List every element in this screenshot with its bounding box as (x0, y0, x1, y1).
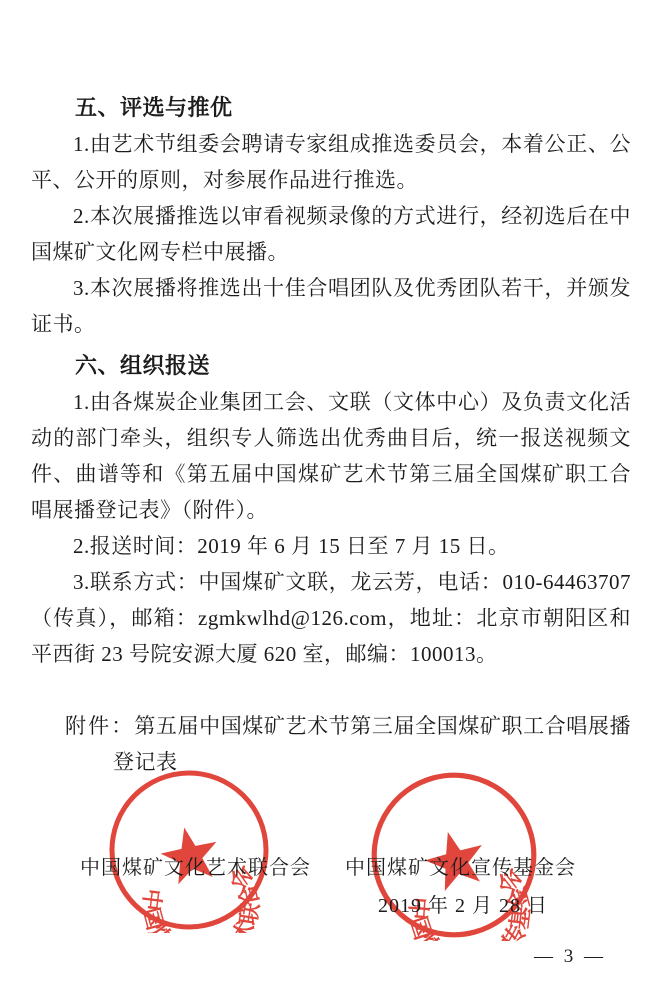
attachment-title: 第五届中国煤矿艺术节第三届全国煤矿职工合唱展播登记表 (113, 714, 631, 774)
org-name-right: 中国煤矿文化宣传基金会 (345, 856, 576, 880)
signature-date: 2019 年 2 月 28 日 (378, 894, 548, 918)
paragraph: 1.由各煤炭企业集团工会、文联（文体中心）及负责文化活动的部门牵头，组织专人筛选… (31, 384, 631, 528)
attachment-label: 附件： (65, 714, 134, 738)
page-number: — 3 — (534, 946, 606, 968)
document-body: 五、评选与推优 1.由艺术节组委会聘请专家组成推选委员会，本着公正、公平、公开的… (31, 84, 631, 780)
org-name-left: 中国煤矿文化艺术联合会 (80, 856, 311, 880)
section-heading-5: 五、评选与推优 (31, 90, 631, 126)
paragraph: 1.由艺术节组委会聘请专家组成推选委员会，本着公正、公平、公开的原则，对参展作品… (31, 126, 631, 198)
red-seal-left-icon: 中国煤矿文化艺术联合会 (106, 767, 272, 933)
paragraph: 2.报送时间：2019 年 6 月 15 日至 7 月 15 日。 (31, 528, 631, 564)
section-heading-6: 六、组织报送 (31, 348, 631, 384)
paragraph: 3.联系方式：中国煤矿文联，龙云芳，电话：010-64463707（传真），邮箱… (31, 564, 631, 672)
document-page: 五、评选与推优 1.由艺术节组委会聘请专家组成推选委员会，本着公正、公平、公开的… (0, 0, 650, 994)
paragraph: 3.本次展播将推选出十佳合唱团队及优秀团队若干，并颁发证书。 (31, 270, 631, 342)
paragraph: 2.本次展播推选以审看视频录像的方式进行，经初选后在中国煤矿文化网专栏中展播。 (31, 198, 631, 270)
